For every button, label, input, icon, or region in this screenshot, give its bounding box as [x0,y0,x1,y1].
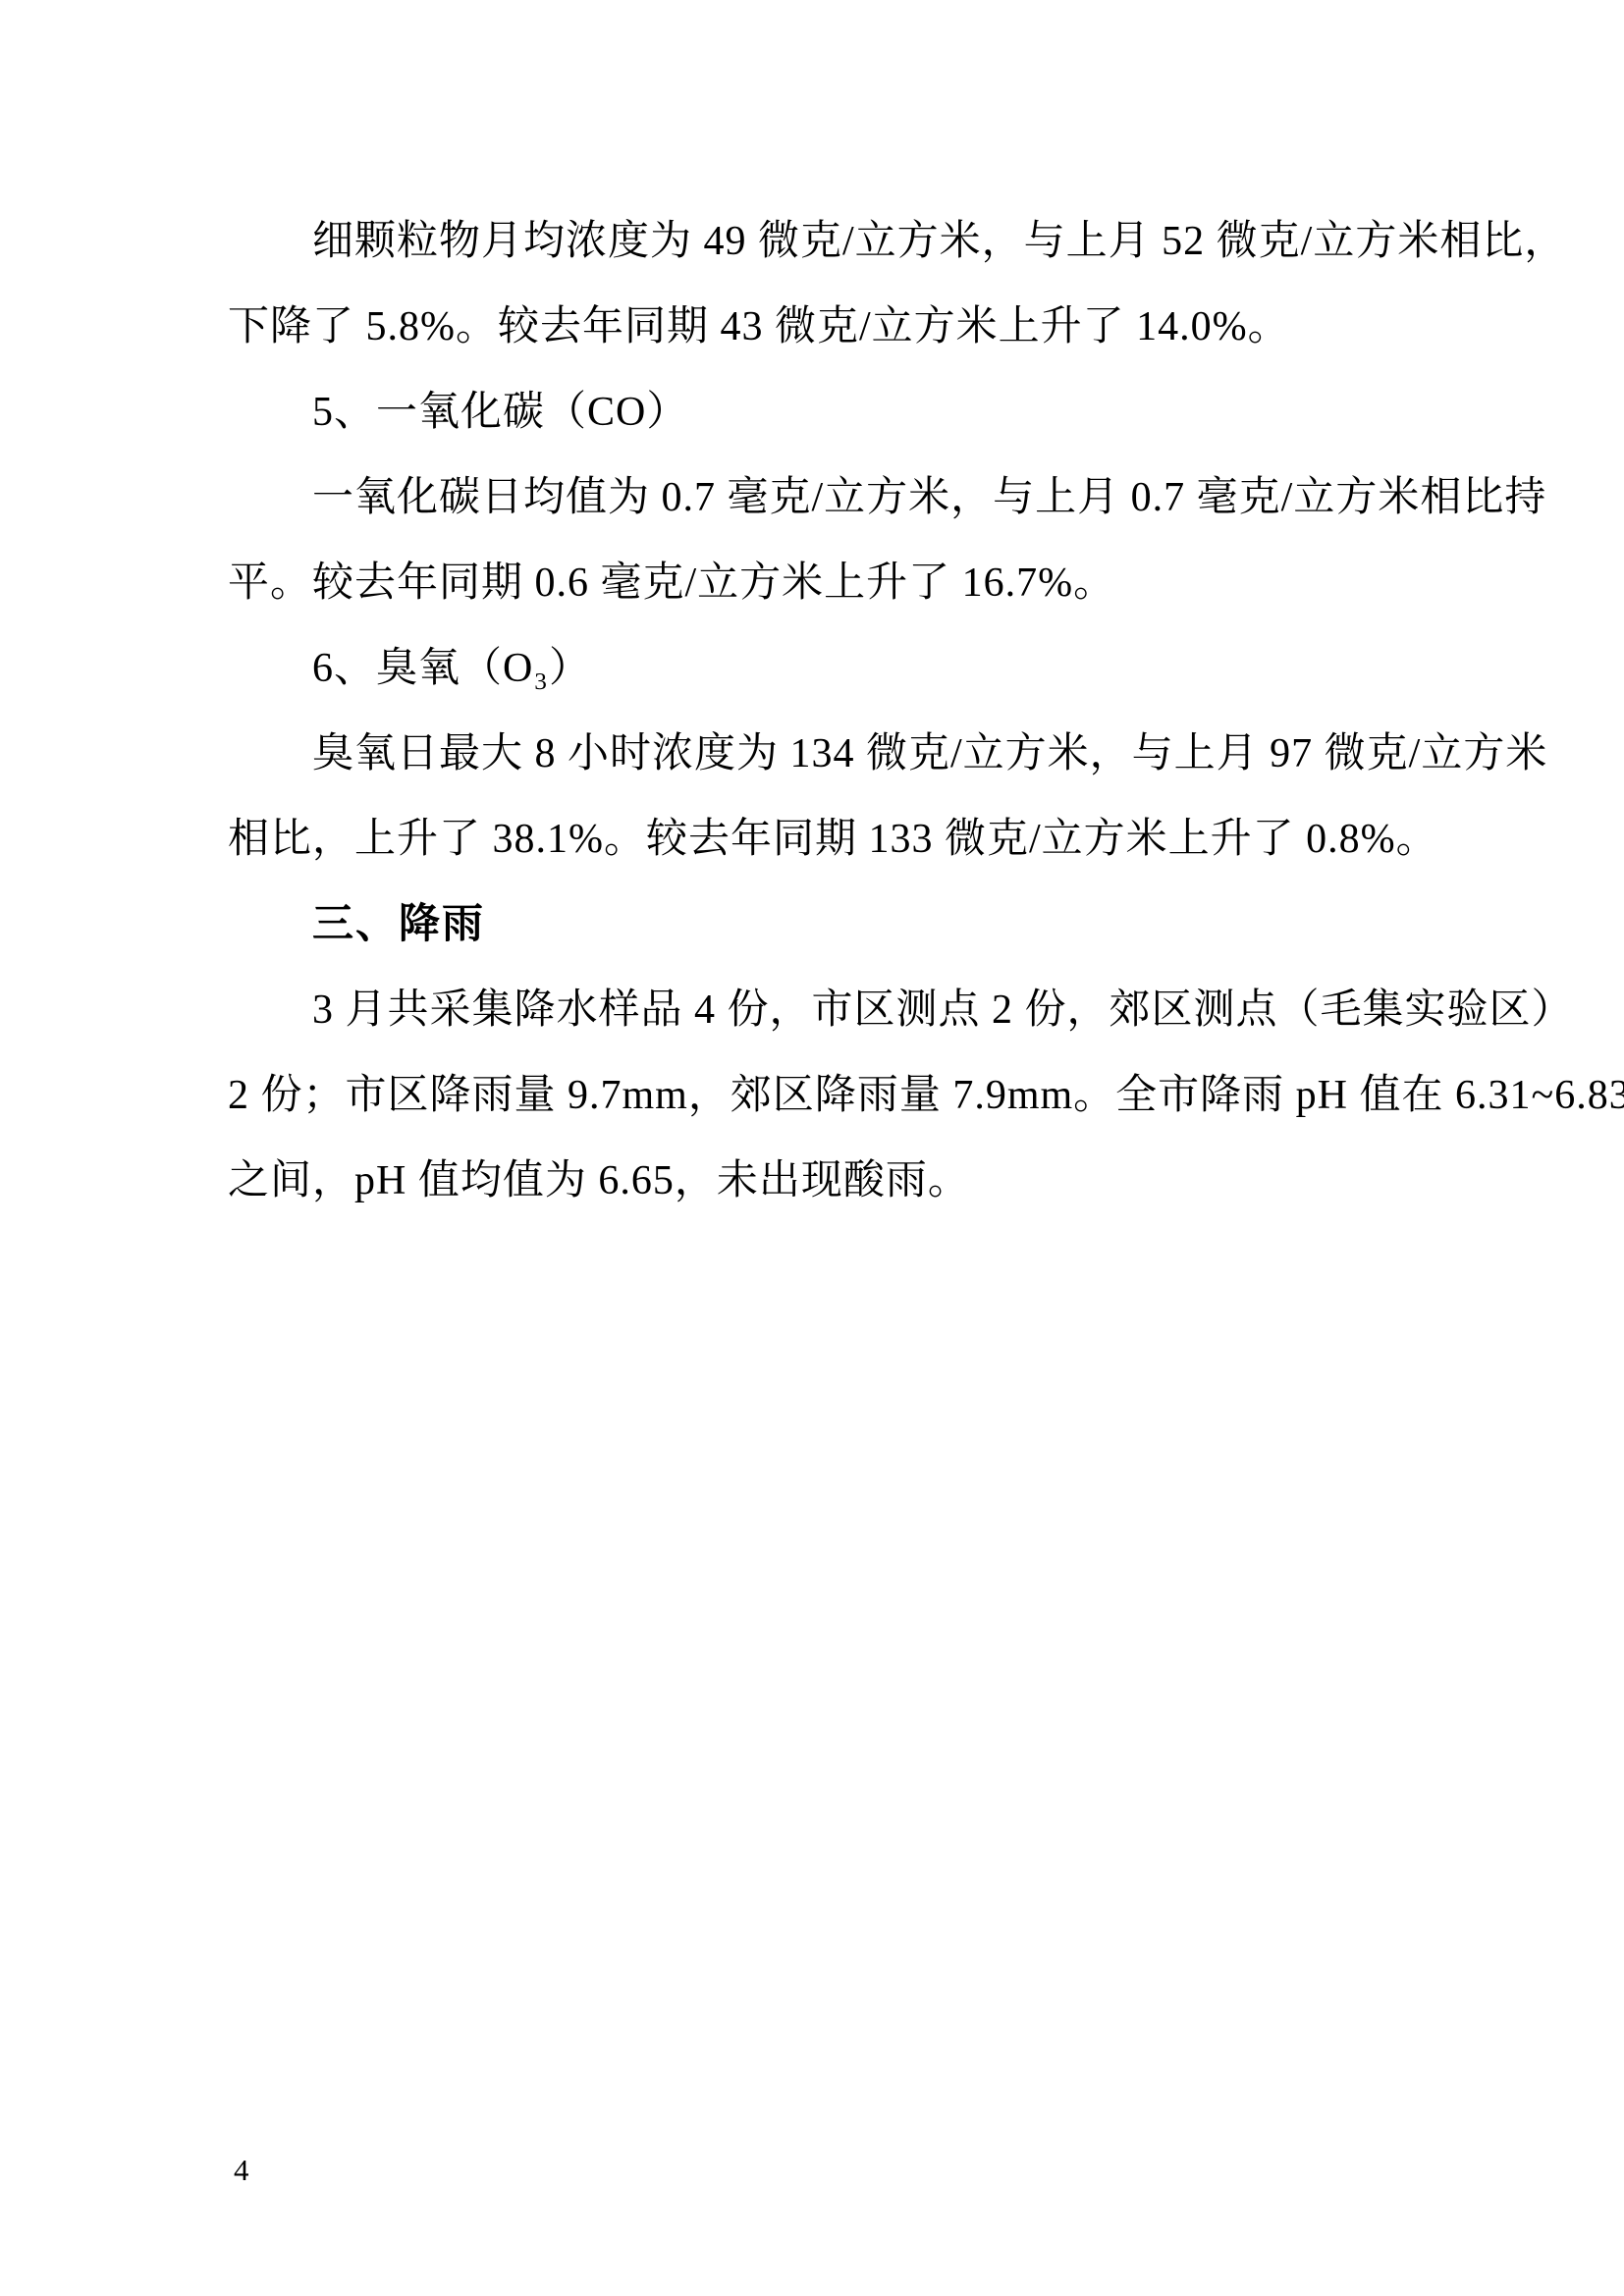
document-body: 细颗粒物月均浓度为 49 微克/立方米，与上月 52 微克/立方米相比， 下降了… [228,199,1398,1224]
heading-o3: 6、臭氧（O₃） [228,626,1398,712]
o3-paragraph-line-2: 相比，上升了 38.1%。较去年同期 133 微克/立方米上升了 0.8%。 [228,797,1398,882]
pm25-paragraph-line-1: 细颗粒物月均浓度为 49 微克/立方米，与上月 52 微克/立方米相比， [228,199,1398,285]
page-number: 4 [234,2153,249,2188]
co-paragraph-line-2: 平。较去年同期 0.6 毫克/立方米上升了 16.7%。 [228,541,1398,626]
o3-paragraph-line-1: 臭氧日最大 8 小时浓度为 134 微克/立方米，与上月 97 微克/立方米 [228,712,1398,797]
rain-paragraph-line-2: 2 份；市区降雨量 9.7mm，郊区降雨量 7.9mm。全市降雨 pH 值在 6… [228,1053,1398,1139]
pm25-paragraph-line-2: 下降了 5.8%。较去年同期 43 微克/立方米上升了 14.0%。 [228,285,1398,370]
document-page: 细颗粒物月均浓度为 49 微克/立方米，与上月 52 微克/立方米相比， 下降了… [0,0,1624,2296]
heading-rain: 三、降雨 [228,882,1398,968]
heading-co: 5、一氧化碳（CO） [228,370,1398,455]
co-paragraph-line-1: 一氧化碳日均值为 0.7 毫克/立方米，与上月 0.7 毫克/立方米相比持 [228,455,1398,541]
rain-paragraph-line-3: 之间，pH 值均值为 6.65，未出现酸雨。 [228,1139,1398,1224]
rain-paragraph-line-1: 3 月共采集降水样品 4 份，市区测点 2 份，郊区测点（毛集实验区） [228,968,1398,1053]
